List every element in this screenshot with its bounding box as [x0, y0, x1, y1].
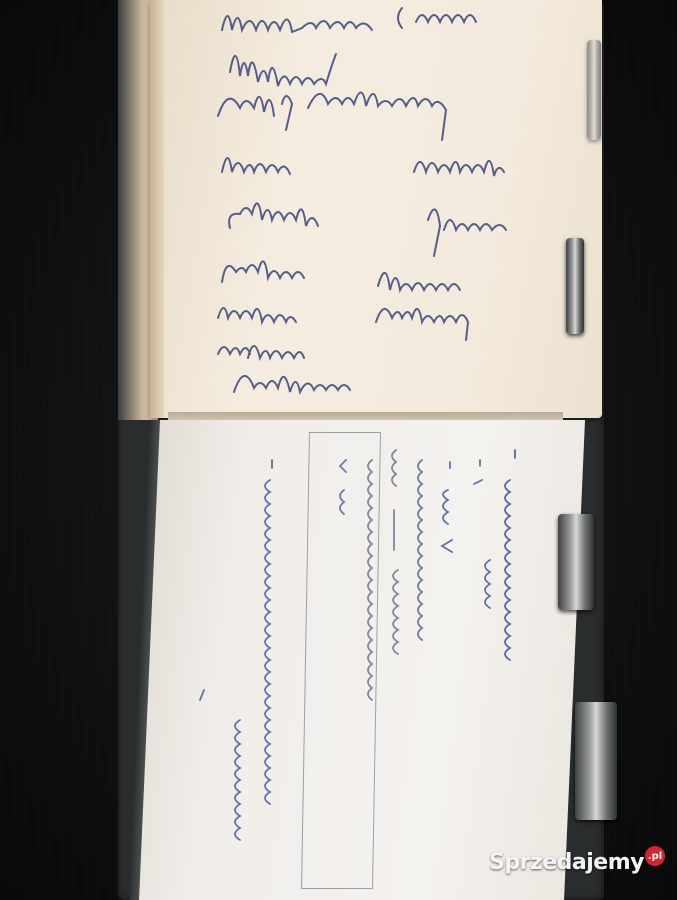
notebook-hinge-2 [566, 238, 584, 334]
handwriting-bottom-page [160, 420, 585, 900]
notebook-hinge-1 [587, 40, 601, 140]
notebook-hinge-4 [575, 702, 617, 820]
watermark-brand: Sprzedajemy [489, 850, 644, 875]
watermark-tld-badge: .pl [645, 846, 665, 866]
handwriting-top-page [150, 0, 602, 418]
notebook-hinge-3 [558, 514, 594, 610]
sprzedajemy-watermark: Sprzedajemy .pl [489, 850, 665, 875]
